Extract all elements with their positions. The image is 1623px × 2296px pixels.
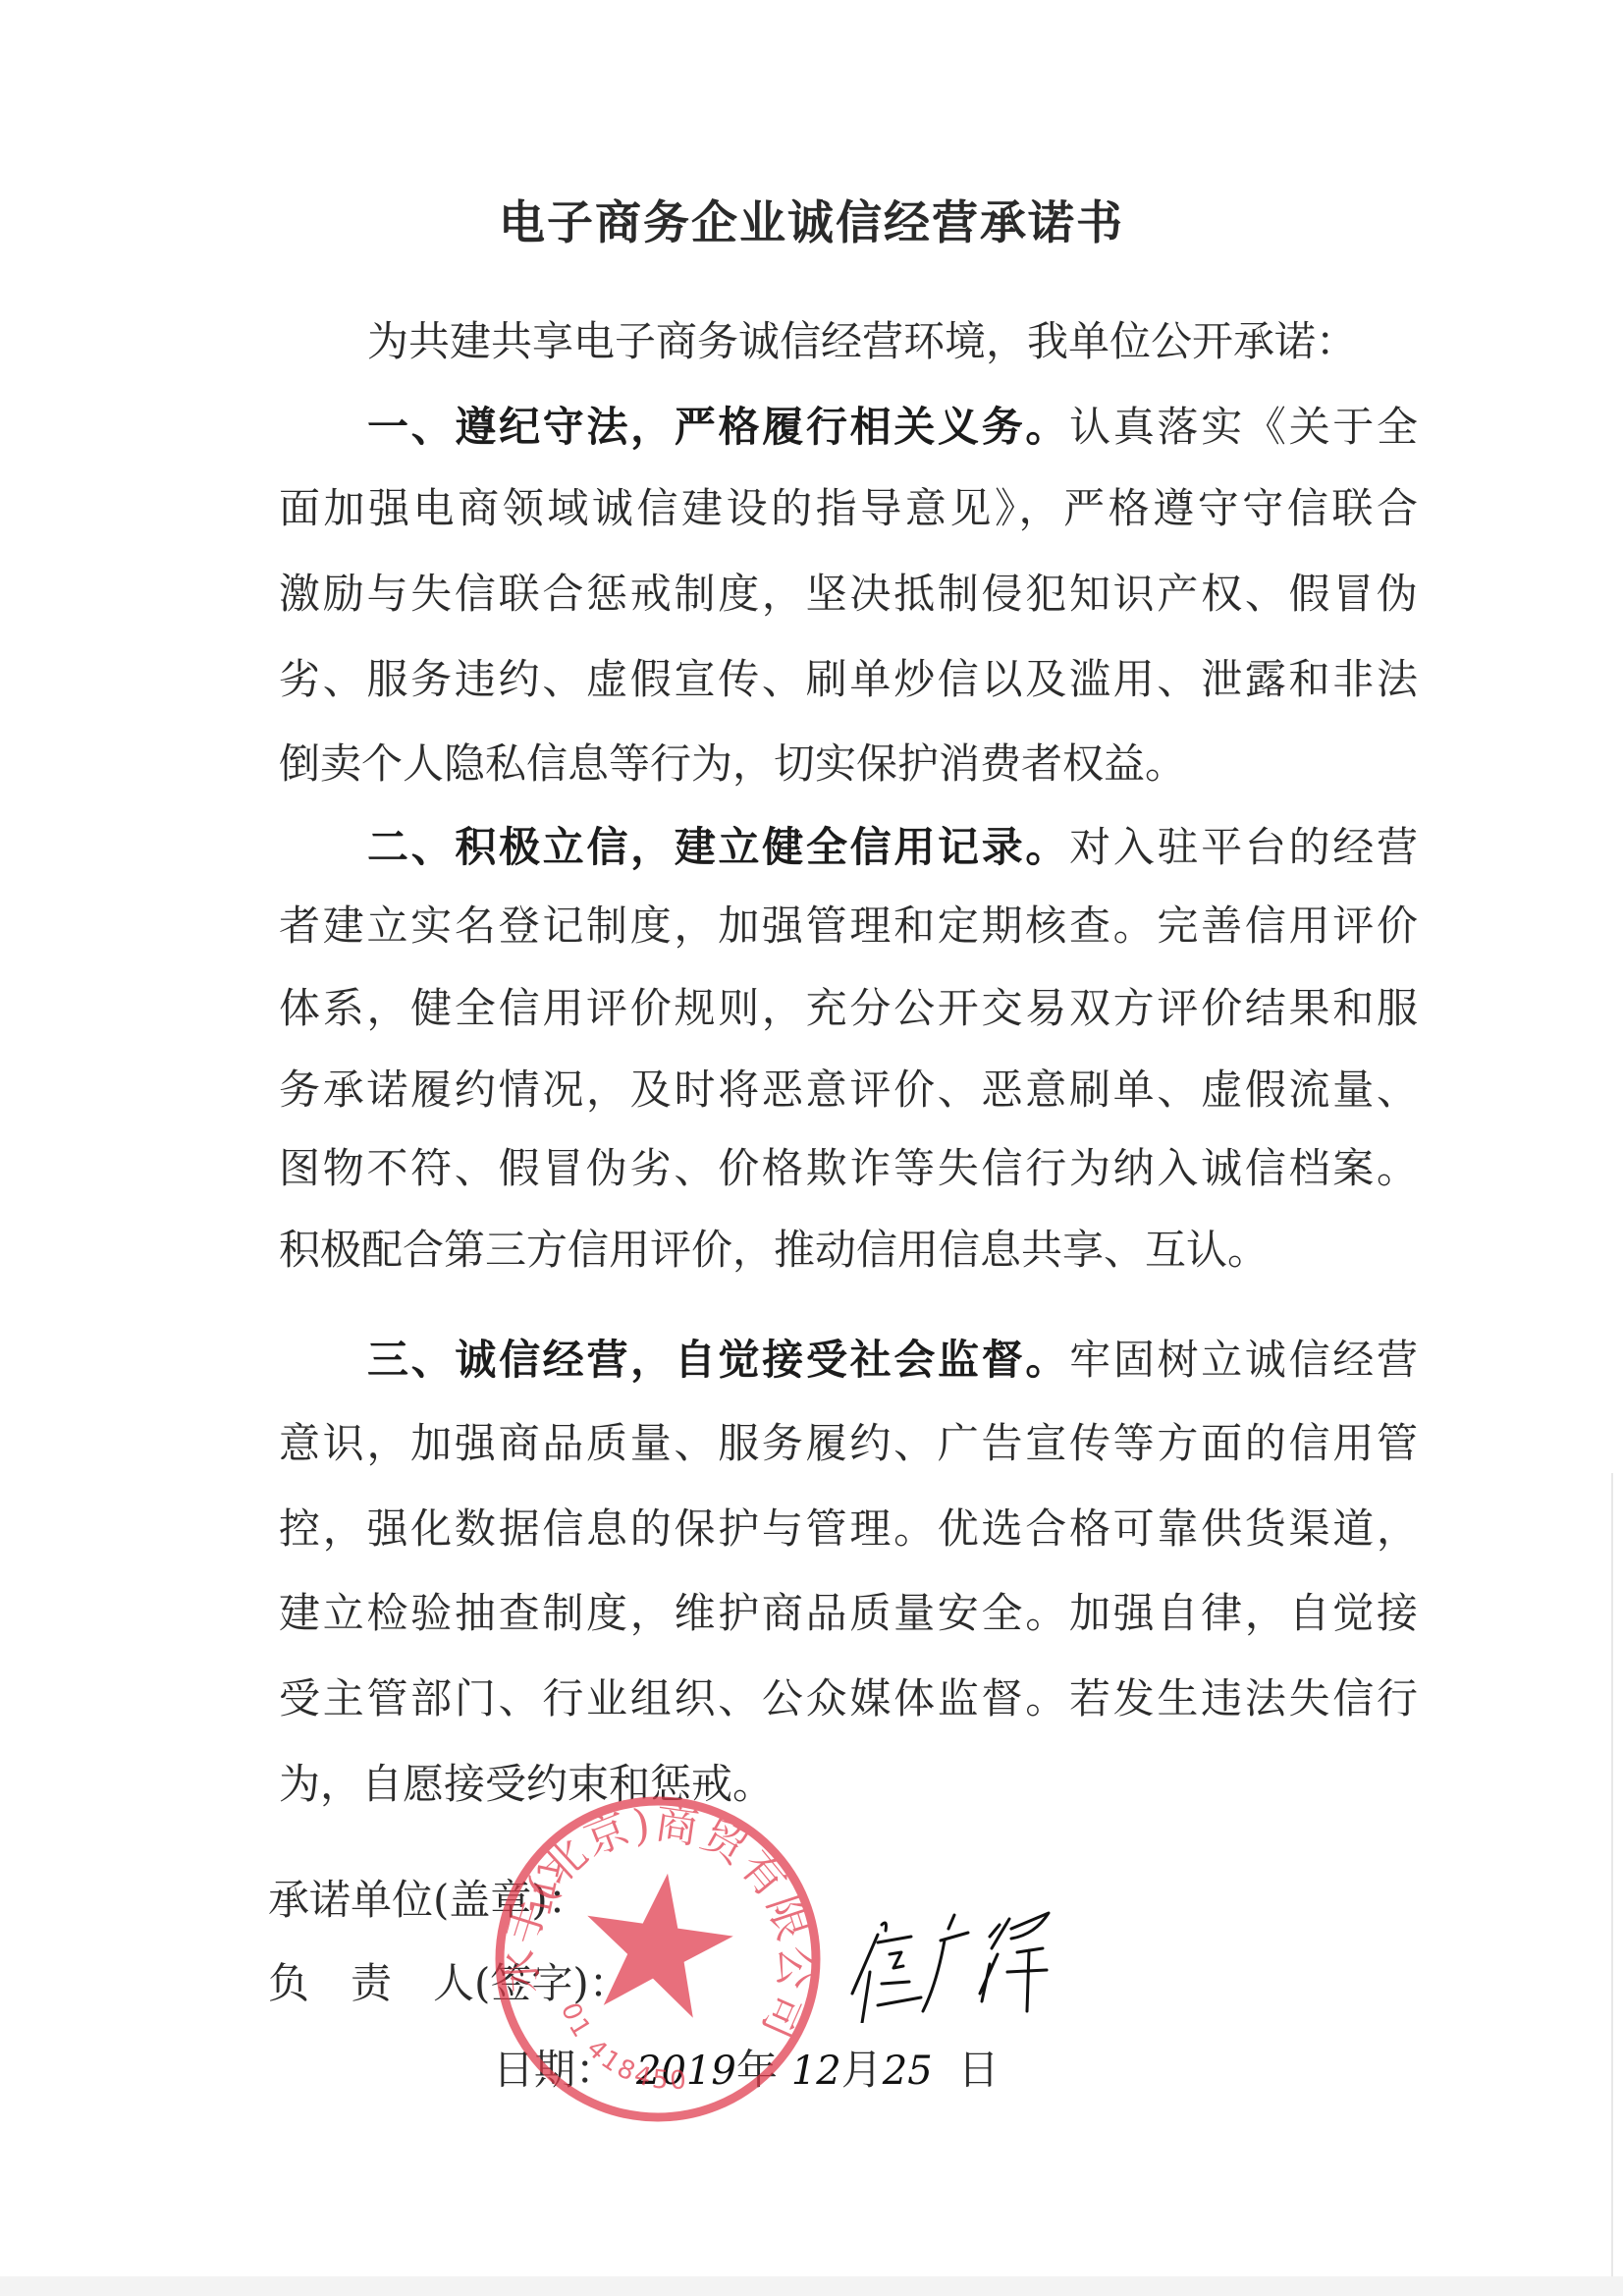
section-1-line-1: 面加强电商领域诚信建设的指导意见》，严格遵守守信联合 bbox=[279, 479, 1418, 538]
section-3-line-5: 为，自愿接受约束和惩戒。 bbox=[279, 1755, 1418, 1814]
section-3-line-0: 牢固树立诚信经营 bbox=[1069, 1336, 1418, 1384]
section-2-line-1: 者建立实名登记制度，加强管理和定期核查。完善信用评价 bbox=[279, 897, 1418, 956]
section-1-line-2: 激励与失信联合惩戒制度，坚决抵制侵犯知识产权、假冒伪 bbox=[279, 565, 1418, 624]
section-1-line-4: 倒卖个人隐私信息等行为，切实保护消费者权益。 bbox=[279, 735, 1418, 793]
section-2-line-2: 体系，健全信用评价规则，充分公开交易双方评价结果和服 bbox=[279, 979, 1418, 1038]
date-line: 日期：2019年12月25日 bbox=[493, 2041, 1000, 2100]
scan-edge-bottom bbox=[0, 2276, 1623, 2296]
date-day-unit: 日 bbox=[958, 2046, 1000, 2094]
section-1-first-line: 一、遵纪守法，严格履行相关义务。认真落实《关于全 bbox=[367, 398, 1418, 457]
section-1-heading: 一、遵纪守法，严格履行相关义务。 bbox=[367, 403, 1069, 451]
date-month: 12 bbox=[791, 2042, 841, 2101]
section-3-line-2: 控，强化数据信息的保护与管理。优选合格可靠供货渠道， bbox=[279, 1500, 1418, 1558]
section-2-line-0: 对入驻平台的经营 bbox=[1069, 823, 1418, 871]
section-3-line-4: 受主管部门、行业组织、公众媒体监督。若发生违法失信行 bbox=[279, 1669, 1418, 1728]
section-3-line-3: 建立检验抽查制度，维护商品质量安全。加强自律，自觉接 bbox=[279, 1584, 1418, 1643]
section-1-line-3: 劣、服务违约、虚假宣传、刷单炒信以及滥用、泄露和非法 bbox=[279, 650, 1418, 709]
section-2-line-4: 图物不符、假冒伪劣、价格欺诈等失信行为纳入诚信档案。 bbox=[279, 1139, 1418, 1198]
section-1-line-0: 认真落实《关于全 bbox=[1069, 403, 1418, 451]
date-day: 25 bbox=[883, 2042, 933, 2101]
unit-stamp-label: 承诺单位(盖章)： bbox=[268, 1871, 589, 1930]
section-2-heading: 二、积极立信，建立健全信用记录。 bbox=[367, 823, 1069, 871]
date-year-unit: 年 bbox=[736, 2046, 778, 2094]
section-3-line-1: 意识，加强商品质量、服务履约、广告宣传等方面的信用管 bbox=[279, 1414, 1418, 1473]
document-title: 电子商务企业诚信经营承诺书 bbox=[0, 196, 1623, 251]
date-month-unit: 月 bbox=[841, 2046, 883, 2094]
section-2-line-3: 务承诺履约情况，及时将恶意评价、恶意刷单、虚假流量、 bbox=[279, 1061, 1418, 1120]
section-2-first-line: 二、积极立信，建立健全信用记录。对入驻平台的经营 bbox=[367, 818, 1418, 877]
document-page: 电子商务企业诚信经营承诺书 为共建共享电子商务诚信经营环境，我单位公开承诺： 一… bbox=[0, 0, 1623, 2296]
date-year: 2019 bbox=[636, 2042, 736, 2101]
section-3-first-line: 三、诚信经营，自觉接受社会监督。牢固树立诚信经营 bbox=[367, 1331, 1418, 1390]
handwritten-signature: 崔广辉 bbox=[842, 1895, 1054, 2023]
responsible-person-label: 负 责 人(签字)： bbox=[268, 1954, 630, 2013]
date-label: 日期： bbox=[493, 2046, 617, 2094]
section-2-line-5: 积极配合第三方信用评价，推动信用信息共享、互认。 bbox=[279, 1221, 1418, 1280]
intro-line: 为共建共享电子商务诚信经营环境，我单位公开承诺： bbox=[367, 312, 1418, 371]
section-3-heading: 三、诚信经营，自觉接受社会监督。 bbox=[367, 1336, 1069, 1384]
scan-edge-right bbox=[1611, 1473, 1613, 2278]
